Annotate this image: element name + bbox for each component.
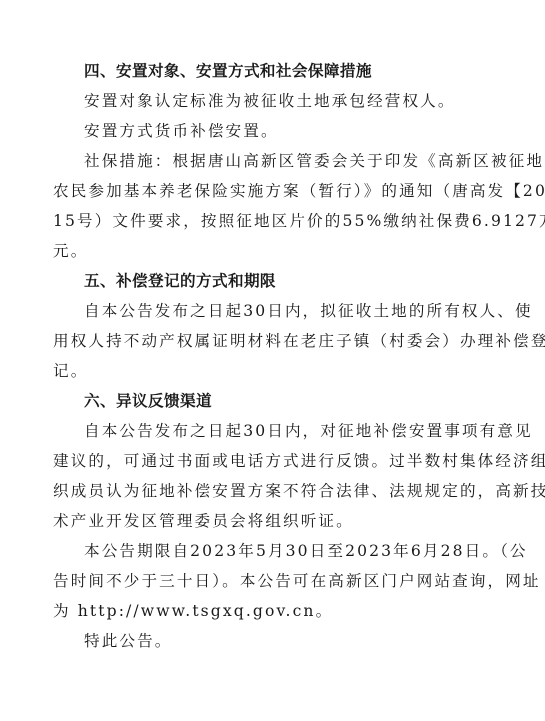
- paragraph-line: 农民参加基本养老保险实施方案（暂行）》的通知（唐高发【2020】: [53, 176, 495, 206]
- paragraph-line: 记。: [53, 356, 495, 386]
- notice-period-line: 本公告期限自2023年5月30日至2023年6月28日。（公: [53, 536, 495, 566]
- paragraph-line: 自本公告发布之日起30日内，对征地补偿安置事项有意见: [53, 416, 495, 446]
- website-url-line: 为 http://www.tsgxq.gov.cn。: [53, 596, 495, 626]
- paragraph-line: 安置方式货币补偿安置。: [53, 116, 495, 146]
- paragraph-line: 安置对象认定标准为被征收土地承包经营权人。: [53, 86, 495, 116]
- paragraph-line: 告时间不少于三十日）。本公告可在高新区门户网站查询，网址: [53, 566, 495, 596]
- paragraph-line: 15号）文件要求，按照征地区片价的55%缴纳社保费6.9127万: [53, 206, 495, 236]
- paragraph-line: 自本公告发布之日起30日内，拟征收土地的所有权人、使: [53, 296, 495, 326]
- paragraph-line: 社保措施：根据唐山高新区管委会关于印发《高新区被征地: [53, 146, 495, 176]
- paragraph-line: 用权人持不动产权属证明材料在老庄子镇（村委会）办理补偿登: [53, 326, 495, 356]
- section-heading-5: 五、补偿登记的方式和期限: [53, 266, 495, 296]
- paragraph-line: 术产业开发区管理委员会将组织听证。: [53, 506, 495, 536]
- paragraph-line: 元。: [53, 236, 495, 266]
- paragraph-line: 建议的，可通过书面或电话方式进行反馈。过半数村集体经济组: [53, 446, 495, 476]
- paragraph-line: 织成员认为征地补偿安置方案不符合法律、法规规定的，高新技: [53, 476, 495, 506]
- document-page: 四、安置对象、安置方式和社会保障措施 安置对象认定标准为被征收土地承包经营权人。…: [53, 56, 495, 656]
- section-heading-6: 六、异议反馈渠道: [53, 386, 495, 416]
- section-heading-4: 四、安置对象、安置方式和社会保障措施: [53, 56, 495, 86]
- closing-line: 特此公告。: [53, 626, 495, 656]
